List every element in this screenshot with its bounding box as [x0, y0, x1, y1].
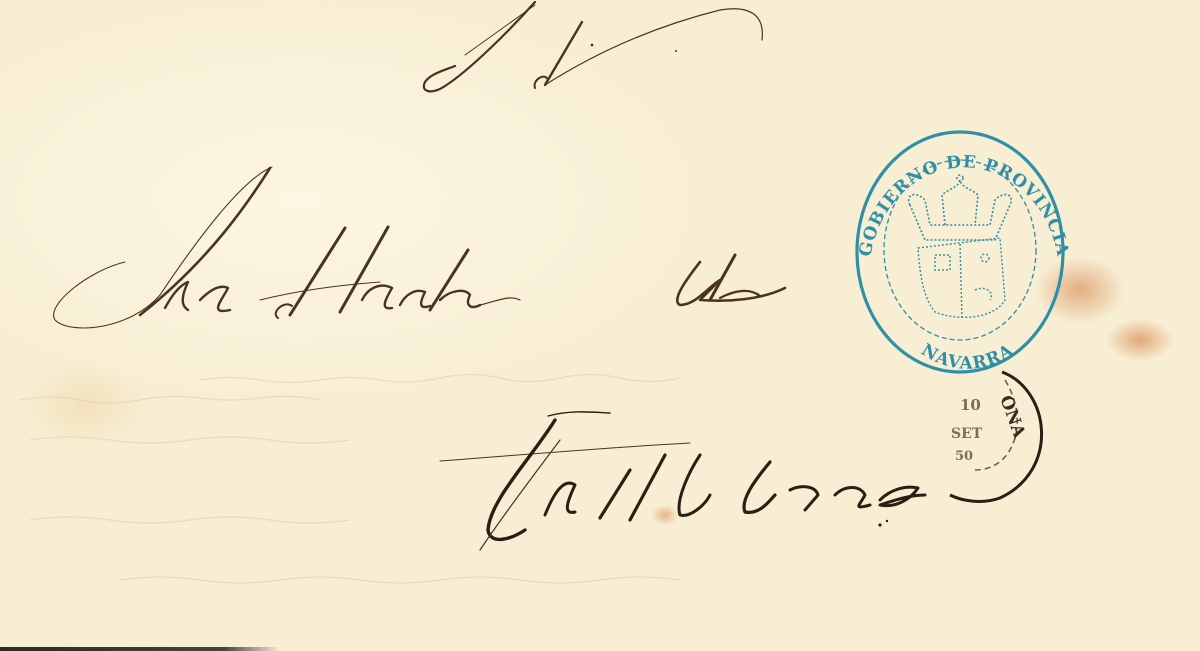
handwriting-line-sn [424, 2, 763, 91]
handwriting-line-sor-alcalde-de [54, 167, 785, 328]
postmark-month: SET [951, 426, 983, 442]
handwriting-line-tulebras [440, 412, 925, 550]
crown-icon [909, 175, 1012, 240]
letter-cover: ONA 10 SET 50 GOBIERNO DE PROVINCIA NAVA… [0, 0, 1200, 651]
postmark-day: 10 [960, 396, 981, 414]
seal-gobierno-provincia: GOBIERNO DE PROVINCIA NAVARRA [855, 132, 1072, 374]
postmark-year: 50 [955, 449, 973, 464]
postmark-town: ONA [995, 393, 1029, 442]
handwriting-layer: ONA 10 SET 50 GOBIERNO DE PROVINCIA NAVA… [0, 0, 1200, 651]
postmark: ONA 10 SET 50 [950, 372, 1042, 501]
show-through-text [20, 375, 680, 584]
coat-of-arms-icon [918, 238, 1005, 318]
